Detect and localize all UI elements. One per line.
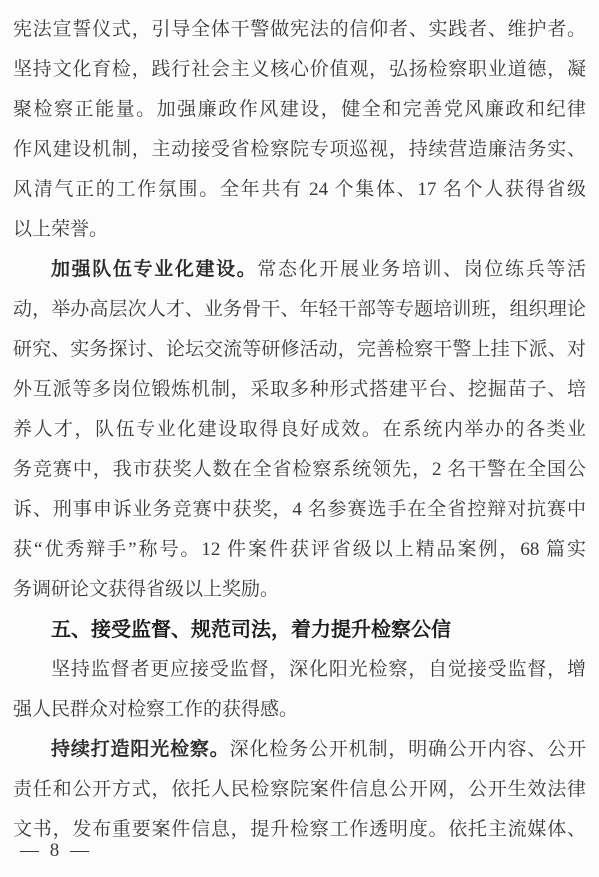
paragraph-lead-rest: 深化检务公开机制，明确公开内容、公开 bbox=[230, 739, 586, 760]
text-line: 风清气正的工作氛围。全年共有 24 个集体、17 名个人获得省级 bbox=[13, 170, 586, 210]
document-text: 宪法宣誓仪式，引导全体干警做宪法的信仰者、实践者、维护者。 坚持文化育检，践行社… bbox=[13, 10, 586, 850]
paragraph-lead-rest: 常态化开展业务培训、岗位练兵等活 bbox=[257, 259, 586, 280]
text-line: 养人才，队伍专业化建设取得良好成效。在系统内举办的各类业 bbox=[13, 410, 586, 450]
document-page: 宪法宣誓仪式，引导全体干警做宪法的信仰者、实践者、维护者。 坚持文化育检，践行社… bbox=[0, 0, 599, 877]
text-line: 外互派等多岗位锻炼机制，采取多种形式搭建平台、挖掘苗子、培 bbox=[13, 370, 586, 410]
text-line: 务调研论文获得省级以上奖励。 bbox=[13, 570, 586, 610]
section-heading: 五、接受监督、规范司法，着力提升检察公信 bbox=[13, 610, 586, 650]
paragraph-lead: 加强队伍专业化建设。 bbox=[51, 259, 257, 280]
text-line: 文书，发布重要案件信息，提升检察工作透明度。依托主流媒体、 bbox=[13, 810, 586, 850]
text-line: 务竞赛中，我市获奖人数在全省检察系统领先，2 名干警在全国公 bbox=[13, 450, 586, 490]
text-line: 作风建设机制，主动接受省检察院专项巡视，持续营造廉洁务实、 bbox=[13, 130, 586, 170]
text-line: 责任和公开方式，依托人民检察院案件信息公开网，公开生效法律 bbox=[13, 770, 586, 810]
text-line: 持续打造阳光检察。深化检务公开机制，明确公开内容、公开 bbox=[13, 730, 586, 770]
paragraph-lead: 持续打造阳光检察。 bbox=[51, 739, 230, 760]
text-line: 坚持监督者更应接受监督，深化阳光检察，自觉接受监督，增 bbox=[13, 650, 586, 690]
text-line: 动，举办高层次人才、业务骨干、年轻干部等专题培训班，组织理论 bbox=[13, 290, 586, 330]
text-line: 获“优秀辩手”称号。12 件案件获评省级以上精品案例，68 篇实 bbox=[13, 530, 586, 570]
text-line: 以上荣誉。 bbox=[13, 210, 586, 250]
text-line: 坚持文化育检，践行社会主义核心价值观，弘扬检察职业道德，凝 bbox=[13, 50, 586, 90]
text-line: 加强队伍专业化建设。常态化开展业务培训、岗位练兵等活 bbox=[13, 250, 586, 290]
text-line: 研究、实务探讨、论坛交流等研修活动，完善检察干警上挂下派、对 bbox=[13, 330, 586, 370]
text-line: 强人民群众对检察工作的获得感。 bbox=[13, 690, 586, 730]
text-line: 宪法宣誓仪式，引导全体干警做宪法的信仰者、实践者、维护者。 bbox=[13, 10, 586, 50]
page-number: — 8 — bbox=[20, 840, 92, 862]
text-line: 聚检察正能量。加强廉政作风建设，健全和完善党风廉政和纪律 bbox=[13, 90, 586, 130]
text-line: 诉、刑事申诉业务竞赛中获奖，4 名参赛选手在全省控辩对抗赛中 bbox=[13, 490, 586, 530]
